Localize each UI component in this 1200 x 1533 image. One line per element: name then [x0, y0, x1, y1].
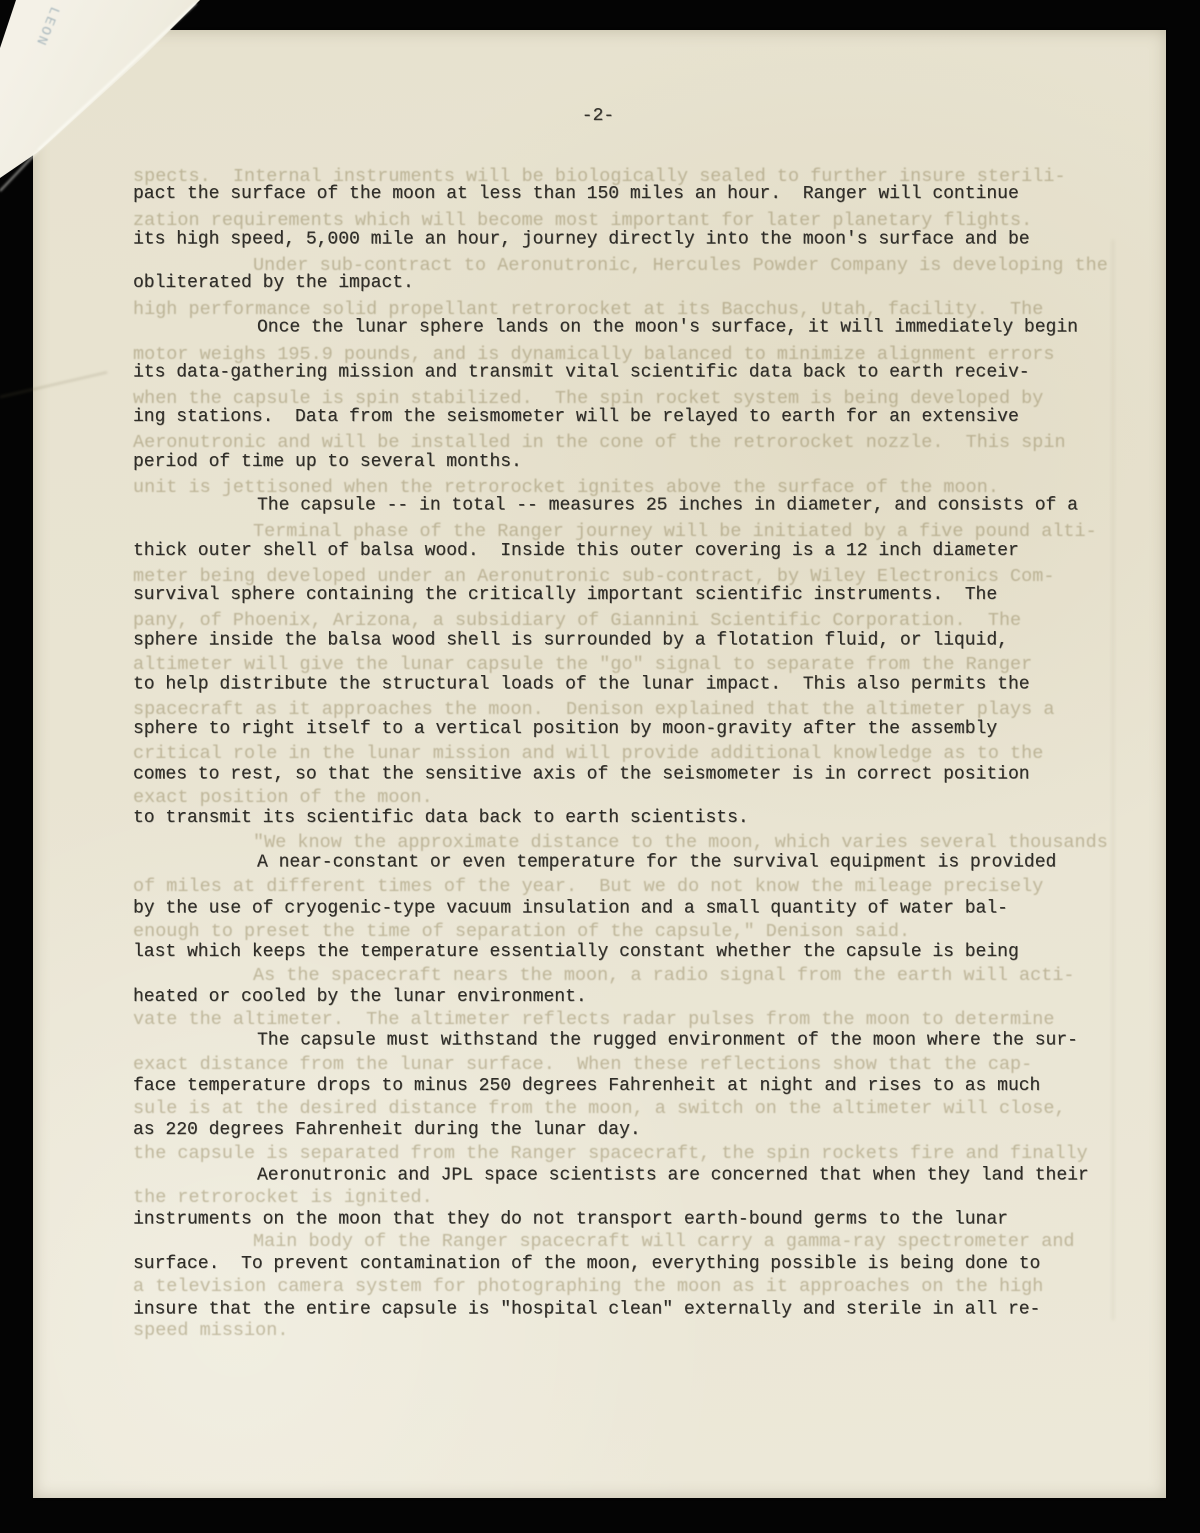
text-line: last which keeps the temperature essenti…	[133, 930, 1133, 975]
scan-background: spects. Internal instruments will be bio…	[0, 0, 1200, 1533]
vertical-fold-crease	[1112, 240, 1114, 1320]
text-line: sphere to right itself to a vertical pos…	[133, 707, 1133, 752]
text-line: Aeronutronic and JPL space scientists ar…	[133, 1154, 1133, 1199]
text-line: comes to rest, so that the sensitive axi…	[133, 752, 1133, 797]
text-line: The capsule -- in total -- measures 25 i…	[133, 484, 1133, 529]
text-line: its data-gathering mission and transmit …	[133, 351, 1133, 396]
text-line: heated or cooled by the lunar environmen…	[133, 975, 1133, 1020]
text-line: survival sphere containing the criticall…	[133, 573, 1133, 618]
text-line: face temperature drops to minus 250 degr…	[133, 1064, 1133, 1109]
text-line: obliterated by the impact.	[133, 261, 1133, 306]
text-line: The capsule must withstand the rugged en…	[133, 1019, 1133, 1064]
text-line: as 220 degrees Fahrenheit during the lun…	[133, 1108, 1133, 1153]
text-line: Once the lunar sphere lands on the moon'…	[133, 305, 1133, 350]
text-line: to help distribute the structural loads …	[133, 662, 1133, 707]
text-line: instruments on the moon that they do not…	[133, 1197, 1133, 1242]
text-line: its high speed, 5,000 mile an hour, jour…	[133, 217, 1133, 262]
text-line: period of time up to several months.	[133, 440, 1133, 485]
body-text: pact the surface of the moon at less tha…	[133, 172, 1133, 1331]
text-line: sphere inside the balsa wood shell is su…	[133, 619, 1133, 664]
text-line: to transmit its scientific data back to …	[133, 796, 1133, 841]
text-line: by the use of cryogenic-type vacuum insu…	[133, 886, 1133, 931]
text-line: ing stations. Data from the seismometer …	[133, 395, 1133, 440]
page-number: -2-	[533, 106, 663, 126]
text-line: pact the surface of the moon at less tha…	[133, 172, 1133, 217]
text-line: thick outer shell of balsa wood. Inside …	[133, 529, 1133, 574]
text-line: insure that the entire capsule is "hospi…	[133, 1287, 1133, 1332]
text-line: surface. To prevent contamination of the…	[133, 1242, 1133, 1287]
text-line: A near-constant or even temperature for …	[133, 840, 1133, 885]
